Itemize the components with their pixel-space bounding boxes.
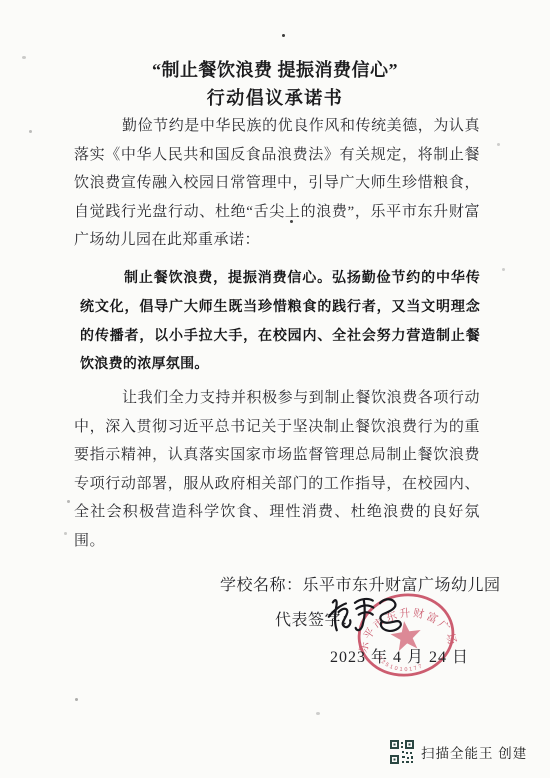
scan-speck (29, 130, 32, 133)
document-title-line2: 行动倡议承诺书 (0, 84, 550, 110)
signature-stroke (354, 598, 375, 630)
scan-speck (22, 56, 26, 59)
scan-speck (282, 34, 285, 37)
representative-signature (326, 592, 411, 644)
signature-stroke (328, 599, 351, 630)
qr-code-icon (390, 740, 414, 764)
paragraph-pledge: 制止餐饮浪费，提振消费信心。弘扬勤俭节约的中华传统文化，倡导广大师生既当珍惜粮食… (80, 263, 480, 378)
paragraph-action: 让我们全力支持并积极参与到制止餐饮浪费各项行动中，深入贯彻习近平总书记关于坚决制… (74, 384, 480, 556)
scan-speck (75, 698, 78, 701)
scan-speck (64, 532, 67, 535)
scanned-document-page: “制止餐饮浪费 提振消费信心” 行动倡议承诺书 勤俭节约是中华民族的优良作风和传… (0, 0, 550, 778)
scan-speck (67, 500, 70, 503)
watermark-label: 扫描全能王 创建 (421, 742, 527, 762)
school-name-label: 学校名称： (220, 577, 303, 594)
scan-speck (316, 712, 320, 715)
scan-speck (502, 268, 505, 271)
scanner-watermark: 扫描全能王 创建 (390, 740, 527, 764)
date-line: 2023 年 4 月 24 日 (330, 644, 469, 667)
paragraph-intro: 勤俭节约是中华民族的优良作风和传统美德，为认真落实《中华人民共和国反食品浪费法》… (74, 112, 480, 255)
scan-speck (290, 220, 293, 223)
scan-speck (497, 143, 500, 146)
signature-stroke (379, 599, 401, 632)
document-title-line1: “制止餐饮浪费 提振消费信心” (0, 56, 550, 82)
